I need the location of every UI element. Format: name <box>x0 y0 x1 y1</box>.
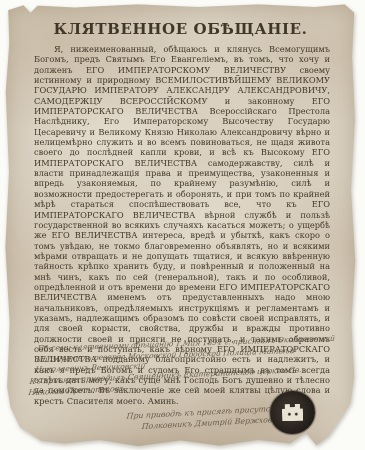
oath-document-paper: КЛЯТВЕННОЕ ОБѢЩАНІЕ. Я, нижеименованный,… <box>4 3 357 447</box>
seal-document-glyph <box>282 404 303 421</box>
document-title: КЛЯТВЕННОЕ ОБѢЩАНІЕ. <box>4 20 357 38</box>
photo-background: КЛЯТВЕННОЕ ОБѢЩАНІЕ. Я, нижеименованный,… <box>0 0 365 450</box>
paper-shadow-wrap: КЛЯТВЕННОЕ ОБѢЩАНІЕ. Я, нижеименованный,… <box>0 0 365 450</box>
